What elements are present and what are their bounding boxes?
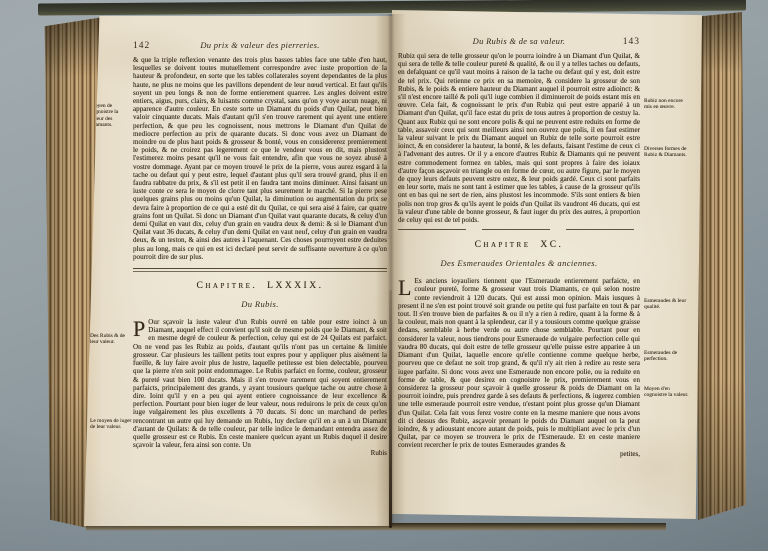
left-page: 142 Du prix & valeur des pierreries. 142…: [84, 16, 392, 526]
catchword-right: petites,: [398, 450, 640, 458]
left-text-column: 142 Du prix & valeur des pierreries. 142…: [133, 40, 387, 458]
catchword-left: Rubis: [133, 449, 387, 457]
right-header-row: 143 Du Rubis & de sa valeur. 143: [398, 36, 640, 47]
drop-cap-p: P: [133, 318, 148, 338]
margin-note: Rubiz non encore mis en œuvre.: [644, 98, 690, 111]
page-number-right: 143: [623, 37, 640, 47]
section-rule-double: [133, 268, 387, 272]
left-header-row: 142 Du prix & valeur des pierreries. 142: [133, 40, 387, 51]
fanned-page-edges-right: [694, 12, 746, 520]
margin-note: Esmeraudes & leur qualité.: [644, 298, 690, 311]
chapter-subtitle-esmeraudes: Des Esmeraudes Orientales & anciennes.: [398, 258, 640, 268]
margin-note: Diverses formes de Rubiz & Diamants.: [644, 146, 690, 159]
chapter-heading-lxxxix: Chapitre. LXXXIX.: [133, 281, 387, 291]
chapter-heading-xc: Chapitre XC.: [398, 240, 640, 250]
drop-cap-l: L: [398, 277, 415, 297]
running-header-left: Du prix & valeur des pierreries.: [150, 40, 370, 50]
left-paragraph-rubis: POur sçavoir la iuste valeur d'un Rubis …: [133, 318, 387, 449]
right-text-column: 143 Du Rubis & de sa valeur. 143 Rubiz q…: [398, 36, 640, 458]
book-photo-scene: 142 Du prix & valeur des pierreries. 142…: [0, 0, 768, 551]
page-number-left: 142: [133, 41, 150, 51]
section-rule-broken: [398, 229, 640, 231]
right-paragraph-esmeraudes-text: Es anciens ioyauliers tiennent que l'Esm…: [398, 277, 640, 449]
chapter-subtitle-du-rubis: Du Rubis.: [133, 299, 387, 309]
margin-note: Esmeraudes de perfection.: [644, 350, 690, 363]
left-paragraph-diamonds: & que la triple reflexion venante des tr…: [133, 56, 387, 261]
right-paragraph-esmeraudes: LEs anciens ioyauliers tiennent que l'Es…: [398, 277, 640, 449]
right-page: 143 Du Rubis & de sa valeur. 143 Rubiz q…: [392, 10, 702, 519]
running-header-right: Du Rubis & de sa valeur.: [415, 36, 623, 46]
left-paragraph-rubis-text: Our sçavoir la iuste valeur d'un Rubis o…: [133, 318, 387, 449]
right-paragraph-rubiz: Rubiz qui sera de telle grosseur qu'on l…: [398, 52, 640, 224]
margin-note: Moyen d'en cognoistre la valeur.: [644, 386, 690, 399]
margin-note: Des Rubis & de leur valeur.: [90, 333, 132, 346]
margin-note: Le moyen de iuger de leur valeur.: [90, 418, 132, 431]
